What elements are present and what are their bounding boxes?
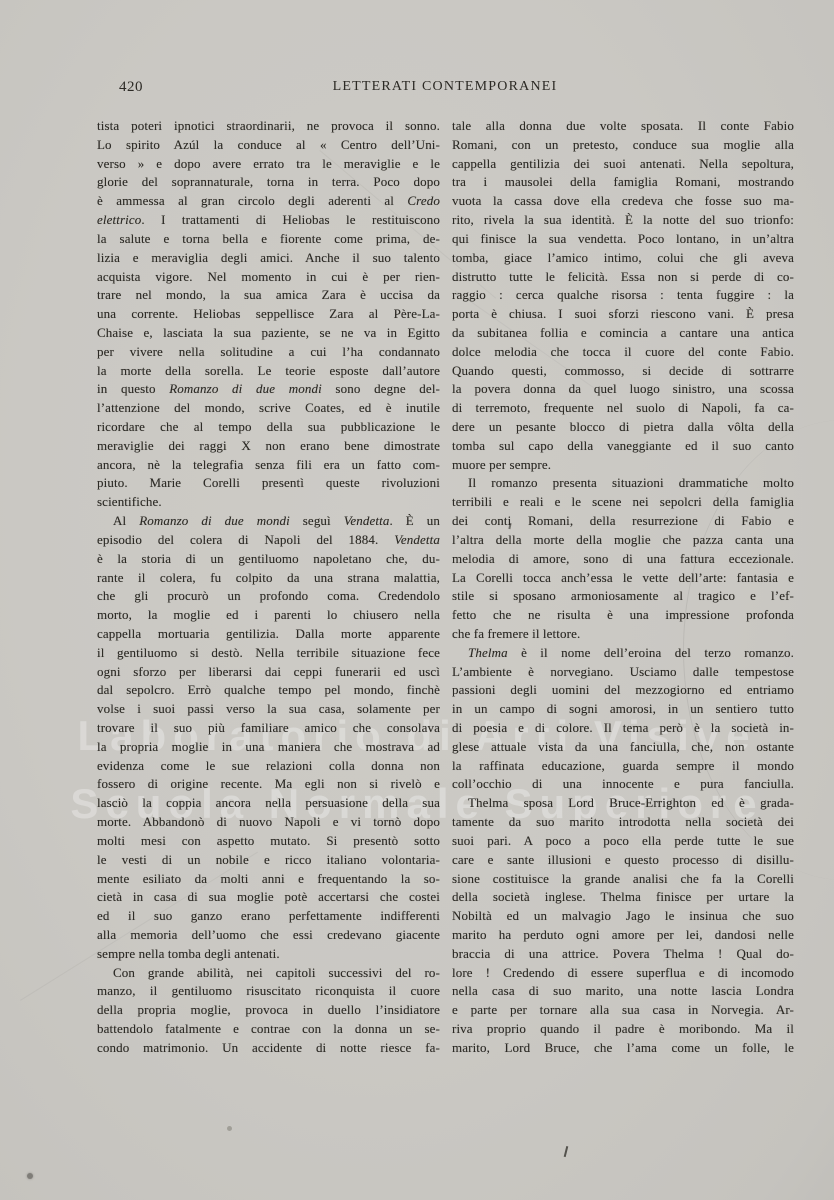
text-line: dere un pesante blocco di pietra dalla v… xyxy=(452,418,794,437)
text-segment: lasciò la coppia ancora nella persuasion… xyxy=(97,795,440,810)
text-line: lasciò la coppia ancora nella persuasion… xyxy=(97,794,440,813)
text-line: trovare il suo più familiare amico che c… xyxy=(97,719,440,738)
text-segment: è la storia di un gentiluomo napoletano … xyxy=(97,551,440,566)
text-segment: raggio : cerca qualche risorsa : tenta f… xyxy=(452,287,794,302)
text-line: care e sante illusioni e questo processo… xyxy=(452,851,794,870)
text-segment: ancora, nè la telegrafia senza fili era … xyxy=(97,457,440,472)
text-line: della propria moglie, provoca in duello … xyxy=(97,1001,440,1020)
scan-mark-slash xyxy=(564,1146,568,1157)
text-segment: in questo xyxy=(97,381,169,396)
text-segment: Nobiltà ed un malvagio Jago le insinua c… xyxy=(452,908,794,923)
text-line: cappella mortuaria gentilizia. Dalla mor… xyxy=(97,625,440,644)
italic-text-segment: Vendetta xyxy=(394,532,440,547)
text-segment: care e sante illusioni e questo processo… xyxy=(452,852,794,867)
text-segment: lore ! Credendo di essere superflua e di… xyxy=(452,965,794,980)
text-line: riva proprio quando il padre è moribondo… xyxy=(452,1020,794,1039)
text-line: braccia di una attrice. Povera Thelma ! … xyxy=(452,945,794,964)
text-segment: morte. Abbandonò di nuovo Napoli e vi to… xyxy=(97,814,440,829)
text-line: la propria moglie in una maniera che mos… xyxy=(97,738,440,757)
text-line: distrutto tutte le felicità. Essa non si… xyxy=(452,268,794,287)
text-line: morte. Abbandonò di nuovo Napoli e vi to… xyxy=(97,813,440,832)
text-line: acquista vigore. Nel momento in cui è pe… xyxy=(97,268,440,287)
text-segment: in un campo di sogni amorosi, in un sent… xyxy=(452,701,794,716)
italic-text-segment: elettrico xyxy=(97,212,141,227)
text-line: vuota la cassa dove ella credeva che fos… xyxy=(452,192,794,211)
text-line: raggio : cerca qualche risorsa : tenta f… xyxy=(452,286,794,305)
text-segment: sione costituisce la grande analisi che … xyxy=(452,871,794,886)
text-line: tomba, giace l’amico intimo, colui che g… xyxy=(452,249,794,268)
text-line: tamente da suo marito introdotta nella s… xyxy=(452,813,794,832)
text-line: nella casa di suo marito, una notte lasc… xyxy=(452,982,794,1001)
text-segment: per vivere nella solitudine a cui l’ha c… xyxy=(97,344,440,359)
text-segment: Quando questi, commosso, si decide di so… xyxy=(452,363,794,378)
text-line: porta è chiusa. I suoi sforzi riescono v… xyxy=(452,305,794,324)
text-segment: la morte della sorella. Le teorie espost… xyxy=(97,363,440,378)
text-segment: piuto. Marie Corelli presentì queste riv… xyxy=(97,475,440,490)
text-line: qui finisce la sua vendetta. Poco lontan… xyxy=(452,230,794,249)
text-line: passioni degli uomini del mezzogiorno ed… xyxy=(452,681,794,700)
text-segment: Chaise e, lasciata la sua paziente, se n… xyxy=(97,325,440,340)
text-segment: è ammessa al gran circolo degli aderenti… xyxy=(97,193,407,208)
text-segment: alla memoria dell’uomo che essi credevan… xyxy=(97,927,440,942)
text-line: la morte della sorella. Le teorie espost… xyxy=(97,362,440,381)
text-segment: cappella mortuaria gentilizia. Dalla mor… xyxy=(97,626,440,641)
text-line: scientifiche. xyxy=(97,493,440,512)
text-segment: morto, la moglie ed i parenti lo chiuser… xyxy=(97,607,440,622)
text-line: lore ! Credendo di essere superflua e di… xyxy=(452,964,794,983)
text-line: ogni sforzo per liberarsi dai ceppi fune… xyxy=(97,663,440,682)
text-segment: volse i suoi passi verso la sua casa, so… xyxy=(97,701,440,716)
text-segment: tomba sul capo della vaneggiante ed il s… xyxy=(452,438,794,453)
text-segment: braccia di una attrice. Povera Thelma ! … xyxy=(452,946,794,961)
text-line: e parte per tornare alla sua casa in Nor… xyxy=(452,1001,794,1020)
text-line: ancora, nè la telegrafia senza fili era … xyxy=(97,456,440,475)
text-segment: una corrente. Heliobas seppellisce Zara … xyxy=(97,306,440,321)
text-segment: passioni degli uomini del mezzogiorno ed… xyxy=(452,682,794,697)
text-line: Al Romanzo di due mondi seguì Vendetta. … xyxy=(97,512,440,531)
text-line: sione costituisce la grande analisi che … xyxy=(452,870,794,889)
text-segment: tra i mausolei della famiglia Romani, mo… xyxy=(452,174,794,189)
text-line: che gli procurò un profondo coma. Creden… xyxy=(97,587,440,606)
scan-speck xyxy=(227,1126,232,1131)
scan-speck xyxy=(27,1173,33,1179)
text-line: sempre nella tomba degli antenati. xyxy=(97,945,440,964)
text-line: in un campo di sogni amorosi, in un sent… xyxy=(452,700,794,719)
text-line: lizia e meraviglia degli amici. Anche il… xyxy=(97,249,440,268)
text-segment: L’ambiente è norvegiano. Usciamo dalle t… xyxy=(452,664,794,679)
text-segment: l’altra della morte della moglie che paz… xyxy=(452,532,794,547)
text-line: il gentiluomo si destò. Nella terribile … xyxy=(97,644,440,663)
text-line: piuto. Marie Corelli presentì queste riv… xyxy=(97,474,440,493)
text-segment: suoi pari. A poco a poco ella perde tutt… xyxy=(452,833,794,848)
text-segment: sono degne del- xyxy=(322,381,440,396)
text-line: alla memoria dell’uomo che essi credevan… xyxy=(97,926,440,945)
text-segment: La Corelli tocca anch’essa le vette dell… xyxy=(452,570,794,585)
text-segment: la propria moglie in una maniera che mos… xyxy=(97,739,440,754)
text-segment: Al xyxy=(113,513,139,528)
text-segment: le vesti di un nobile e ricco italiano v… xyxy=(97,852,440,867)
text-segment: tomba, giace l’amico intimo, colui che g… xyxy=(452,250,794,265)
text-segment: marito ha perduto ogni amore per lei, da… xyxy=(452,927,794,942)
text-segment: ogni sforzo per liberarsi dai ceppi fune… xyxy=(97,664,440,679)
text-line: manzo, il gentiluomo risuscitato riconqu… xyxy=(97,982,440,1001)
text-line: fossero di origine recente. Ma egli non … xyxy=(97,775,440,794)
text-line: una corrente. Heliobas seppellisce Zara … xyxy=(97,305,440,324)
text-segment: Con grande abilità, nei capitoli success… xyxy=(113,965,440,980)
text-line: evidenza come le sue relazioni colla don… xyxy=(97,757,440,776)
text-line: La Corelli tocca anch’essa le vette dell… xyxy=(452,569,794,588)
text-segment: Thelma sposa Lord Bruce-Errighton ed è g… xyxy=(468,795,794,810)
text-line: condo matrimonio. Un accidente di notte … xyxy=(97,1039,440,1058)
text-line: che fa fremere il lettore. xyxy=(452,625,794,644)
right-text-column: tale alla donna due volte sposata. Il co… xyxy=(452,117,794,1058)
text-line: battendolo fatalmente e contrae con la d… xyxy=(97,1020,440,1039)
text-line: l’attenzione del mondo, scrive Coates, e… xyxy=(97,399,440,418)
text-segment: manzo, il gentiluomo risuscitato riconqu… xyxy=(97,983,440,998)
text-segment: l’attenzione del mondo, scrive Coates, e… xyxy=(97,400,440,415)
text-segment: tale alla donna due volte sposata. Il co… xyxy=(452,118,794,133)
text-segment: della propria moglie, provoca in duello … xyxy=(97,1002,440,1017)
text-segment: cietà in casa di sua moglie potè accerta… xyxy=(97,889,440,904)
text-line: trare nel mondo, la sua amica Zara è ucc… xyxy=(97,286,440,305)
text-line: Romani, con un pretesto, conduce sua mog… xyxy=(452,136,794,155)
text-line: di terremoto, frequente nel suolo di Nap… xyxy=(452,399,794,418)
text-line: Thelma sposa Lord Bruce-Errighton ed è g… xyxy=(452,794,794,813)
text-segment: Lo spirito Azúl la conduce al « Centro d… xyxy=(97,137,440,152)
text-line: la raffinata educazione, guarda sempre i… xyxy=(452,757,794,776)
text-segment: porta è chiusa. I suoi sforzi riescono v… xyxy=(452,306,794,321)
text-line: Chaise e, lasciata la sua paziente, se n… xyxy=(97,324,440,343)
text-line: suoi pari. A poco a poco ella perde tutt… xyxy=(452,832,794,851)
text-line: Nobiltà ed un malvagio Jago le insinua c… xyxy=(452,907,794,926)
text-segment: mente esiliato da molti anni e frequenta… xyxy=(97,871,440,886)
text-line: marito, Lord Bruce, che l’ama come un fo… xyxy=(452,1039,794,1058)
text-line: L’ambiente è norvegiano. Usciamo dalle t… xyxy=(452,663,794,682)
text-segment: tista poteri ipnotici straordinarii, ne … xyxy=(97,118,440,133)
text-line: la povera donna da quel luogo sinistro, … xyxy=(452,380,794,399)
text-line: verso » e dopo avere errato tra le merav… xyxy=(97,155,440,174)
text-line: Lo spirito Azúl la conduce al « Centro d… xyxy=(97,136,440,155)
text-line: per vivere nella solitudine a cui l’ha c… xyxy=(97,343,440,362)
italic-text-segment: Romanzo di due mondi xyxy=(139,513,290,528)
text-line: da subitanea follia e comincia a cantare… xyxy=(452,324,794,343)
text-line: fetto che ne risulta è una impressione p… xyxy=(452,606,794,625)
text-line: cappella gentilizia dei suoi antenati. N… xyxy=(452,155,794,174)
text-line: tale alla donna due volte sposata. Il co… xyxy=(452,117,794,136)
text-segment: è il nome dell’eroina del terzo romanzo. xyxy=(508,645,794,660)
text-segment: dere un pesante blocco di pietra dalla v… xyxy=(452,419,794,434)
text-segment: di terremoto, frequente nel suolo di Nap… xyxy=(452,400,794,415)
text-segment: dal sepolcro. Errò qualche tempo pel mon… xyxy=(97,682,440,697)
text-segment: battendolo fatalmente e contrae con la d… xyxy=(97,1021,440,1036)
text-line: meraviglie dei raggi X non erano bene di… xyxy=(97,437,440,456)
text-segment: glese attuale vista da una fanciulla, ch… xyxy=(452,739,794,754)
italic-text-segment: Vendetta xyxy=(344,513,390,528)
text-segment: la salute e torna bella e fiorente come … xyxy=(97,231,440,246)
text-line: volse i suoi passi verso la sua casa, so… xyxy=(97,700,440,719)
text-segment: rito, rivela la sua identità. È la notte… xyxy=(452,212,794,227)
scanned-book-page: Laboratorio di Arti Visive Scuola Normal… xyxy=(0,0,834,1200)
text-segment: glorie del soprannaturale, torna in terr… xyxy=(97,174,440,189)
text-segment: . I trattamenti di Heliobas le restituis… xyxy=(141,212,440,227)
text-segment: che fa fremere il lettore. xyxy=(452,626,580,641)
text-line: le vesti di un nobile e ricco italiano v… xyxy=(97,851,440,870)
italic-text-segment: Romanzo di due mondi xyxy=(169,381,322,396)
left-text-column: tista poteri ipnotici straordinarii, ne … xyxy=(97,117,440,1058)
text-segment: meraviglie dei raggi X non erano bene di… xyxy=(97,438,440,453)
text-line: Thelma è il nome dell’eroina del terzo r… xyxy=(452,644,794,663)
text-line: la salute e torna bella e fiorente come … xyxy=(97,230,440,249)
text-segment: scientifiche. xyxy=(97,494,162,509)
text-line: di poesia e di colore. Il tema però è la… xyxy=(452,719,794,738)
text-line: glese attuale vista da una fanciulla, ch… xyxy=(452,738,794,757)
text-line: è ammessa al gran circolo degli aderenti… xyxy=(97,192,440,211)
text-line: della società inglese. Thelma finisce pe… xyxy=(452,888,794,907)
text-segment: acquista vigore. Nel momento in cui è pe… xyxy=(97,269,440,284)
running-title: LETTERATI CONTEMPORANEI xyxy=(97,79,793,94)
text-line: dal sepolcro. Errò qualche tempo pel mon… xyxy=(97,681,440,700)
text-segment: verso » e dopo avere errato tra le merav… xyxy=(97,156,440,171)
text-segment: qui finisce la sua vendetta. Poco lontan… xyxy=(452,231,794,246)
text-line: molti mesi con aspetto mutato. Si presen… xyxy=(97,832,440,851)
text-segment: tamente da suo marito introdotta nella s… xyxy=(452,814,794,829)
text-line: melodia di amore, sono di una fattura ec… xyxy=(452,550,794,569)
text-segment: dei conti Romani, della resurrezione di … xyxy=(452,513,794,528)
text-segment: e parte per tornare alla sua casa in Nor… xyxy=(452,1002,794,1017)
text-line: Quando questi, commosso, si decide di so… xyxy=(452,362,794,381)
text-segment: marito, Lord Bruce, che l’ama come un fo… xyxy=(452,1040,794,1055)
text-segment: condo matrimonio. Un accidente di notte … xyxy=(97,1040,440,1055)
text-segment: muore per sempre. xyxy=(452,457,551,472)
text-segment: la raffinata educazione, guarda sempre i… xyxy=(452,758,794,773)
text-line: elettrico. I trattamenti di Heliobas le … xyxy=(97,211,440,230)
italic-text-segment: Credo xyxy=(407,193,440,208)
text-line: dolce melodia che tocca il cuore del con… xyxy=(452,343,794,362)
text-segment: nella casa di suo marito, una notte lasc… xyxy=(452,983,794,998)
text-segment: di poesia e di colore. Il tema però è la… xyxy=(452,720,794,735)
text-segment: stile si sposano armoniosamente al tragi… xyxy=(452,588,794,603)
text-segment: vuota la cassa dove ella credeva che fos… xyxy=(452,193,794,208)
text-segment: trare nel mondo, la sua amica Zara è ucc… xyxy=(97,287,440,302)
text-segment: lizia e meraviglia degli amici. Anche il… xyxy=(97,250,440,265)
text-segment: terribili e reali e le scene nei sepolcr… xyxy=(452,494,794,509)
text-segment: sempre nella tomba degli antenati. xyxy=(97,946,280,961)
text-segment: ed il suo ganzo erano perfettamente indi… xyxy=(97,908,440,923)
text-segment: melodia di amore, sono di una fattura ec… xyxy=(452,551,794,566)
text-line: marito ha perduto ogni amore per lei, da… xyxy=(452,926,794,945)
text-line: morto, la moglie ed i parenti lo chiuser… xyxy=(97,606,440,625)
text-segment: fetto che ne risulta è una impressione p… xyxy=(452,607,794,622)
text-line: episodio del colera di Napoli del 1884. … xyxy=(97,531,440,550)
text-line: ricordare che al tempo della sua pubblic… xyxy=(97,418,440,437)
text-line: mente esiliato da molti anni e frequenta… xyxy=(97,870,440,889)
text-segment: riva proprio quando il padre è moribondo… xyxy=(452,1021,794,1036)
text-segment: Il romanzo presenta situazioni drammatic… xyxy=(468,475,794,490)
text-line: muore per sempre. xyxy=(452,456,794,475)
text-line: in questo Romanzo di due mondi sono degn… xyxy=(97,380,440,399)
text-segment: il gentiluomo si destò. Nella terribile … xyxy=(97,645,440,660)
text-segment: ricordare che al tempo della sua pubblic… xyxy=(97,419,440,434)
text-line: coll’occhio di una innocente e pura fanc… xyxy=(452,775,794,794)
text-line: terribili e reali e le scene nei sepolcr… xyxy=(452,493,794,512)
text-line: Con grande abilità, nei capitoli success… xyxy=(97,964,440,983)
text-segment: rante il colera, fu colpito da una stran… xyxy=(97,570,440,585)
text-segment: seguì xyxy=(290,513,344,528)
text-segment: distrutto tutte le felicità. Essa non si… xyxy=(452,269,794,284)
text-segment: . È un xyxy=(389,513,440,528)
text-line: è la storia di un gentiluomo napoletano … xyxy=(97,550,440,569)
italic-text-segment: Thelma xyxy=(468,645,508,660)
text-segment: molti mesi con aspetto mutato. Si presen… xyxy=(97,833,440,848)
text-segment: coll’occhio di una innocente e pura fanc… xyxy=(452,776,794,791)
text-line: glorie del soprannaturale, torna in terr… xyxy=(97,173,440,192)
text-segment: fossero di origine recente. Ma egli non … xyxy=(97,776,440,791)
text-segment: che gli procurò un profondo coma. Creden… xyxy=(97,588,440,603)
text-segment: evidenza come le sue relazioni colla don… xyxy=(97,758,440,773)
text-line: tomba sul capo della vaneggiante ed il s… xyxy=(452,437,794,456)
text-line: stile si sposano armoniosamente al tragi… xyxy=(452,587,794,606)
text-line: rito, rivela la sua identità. È la notte… xyxy=(452,211,794,230)
text-segment: Romani, con un pretesto, conduce sua mog… xyxy=(452,137,794,152)
text-line: Il romanzo presenta situazioni drammatic… xyxy=(452,474,794,493)
text-line: rante il colera, fu colpito da una stran… xyxy=(97,569,440,588)
text-segment: dolce melodia che tocca il cuore del con… xyxy=(452,344,794,359)
text-segment: da subitanea follia e comincia a cantare… xyxy=(452,325,794,340)
text-segment: trovare il suo più familiare amico che c… xyxy=(97,720,440,735)
text-line: ed il suo ganzo erano perfettamente indi… xyxy=(97,907,440,926)
text-line: cietà in casa di sua moglie potè accerta… xyxy=(97,888,440,907)
text-line: l’altra della morte della moglie che paz… xyxy=(452,531,794,550)
text-line: tista poteri ipnotici straordinarii, ne … xyxy=(97,117,440,136)
text-segment: episodio del colera di Napoli del 1884. xyxy=(97,532,394,547)
text-line: dei conti Romani, della resurrezione di … xyxy=(452,512,794,531)
text-segment: la povera donna da quel luogo sinistro, … xyxy=(452,381,794,396)
text-line: tra i mausolei della famiglia Romani, mo… xyxy=(452,173,794,192)
text-segment: della società inglese. Thelma finisce pe… xyxy=(452,889,794,904)
text-segment: cappella gentilizia dei suoi antenati. N… xyxy=(452,156,794,171)
